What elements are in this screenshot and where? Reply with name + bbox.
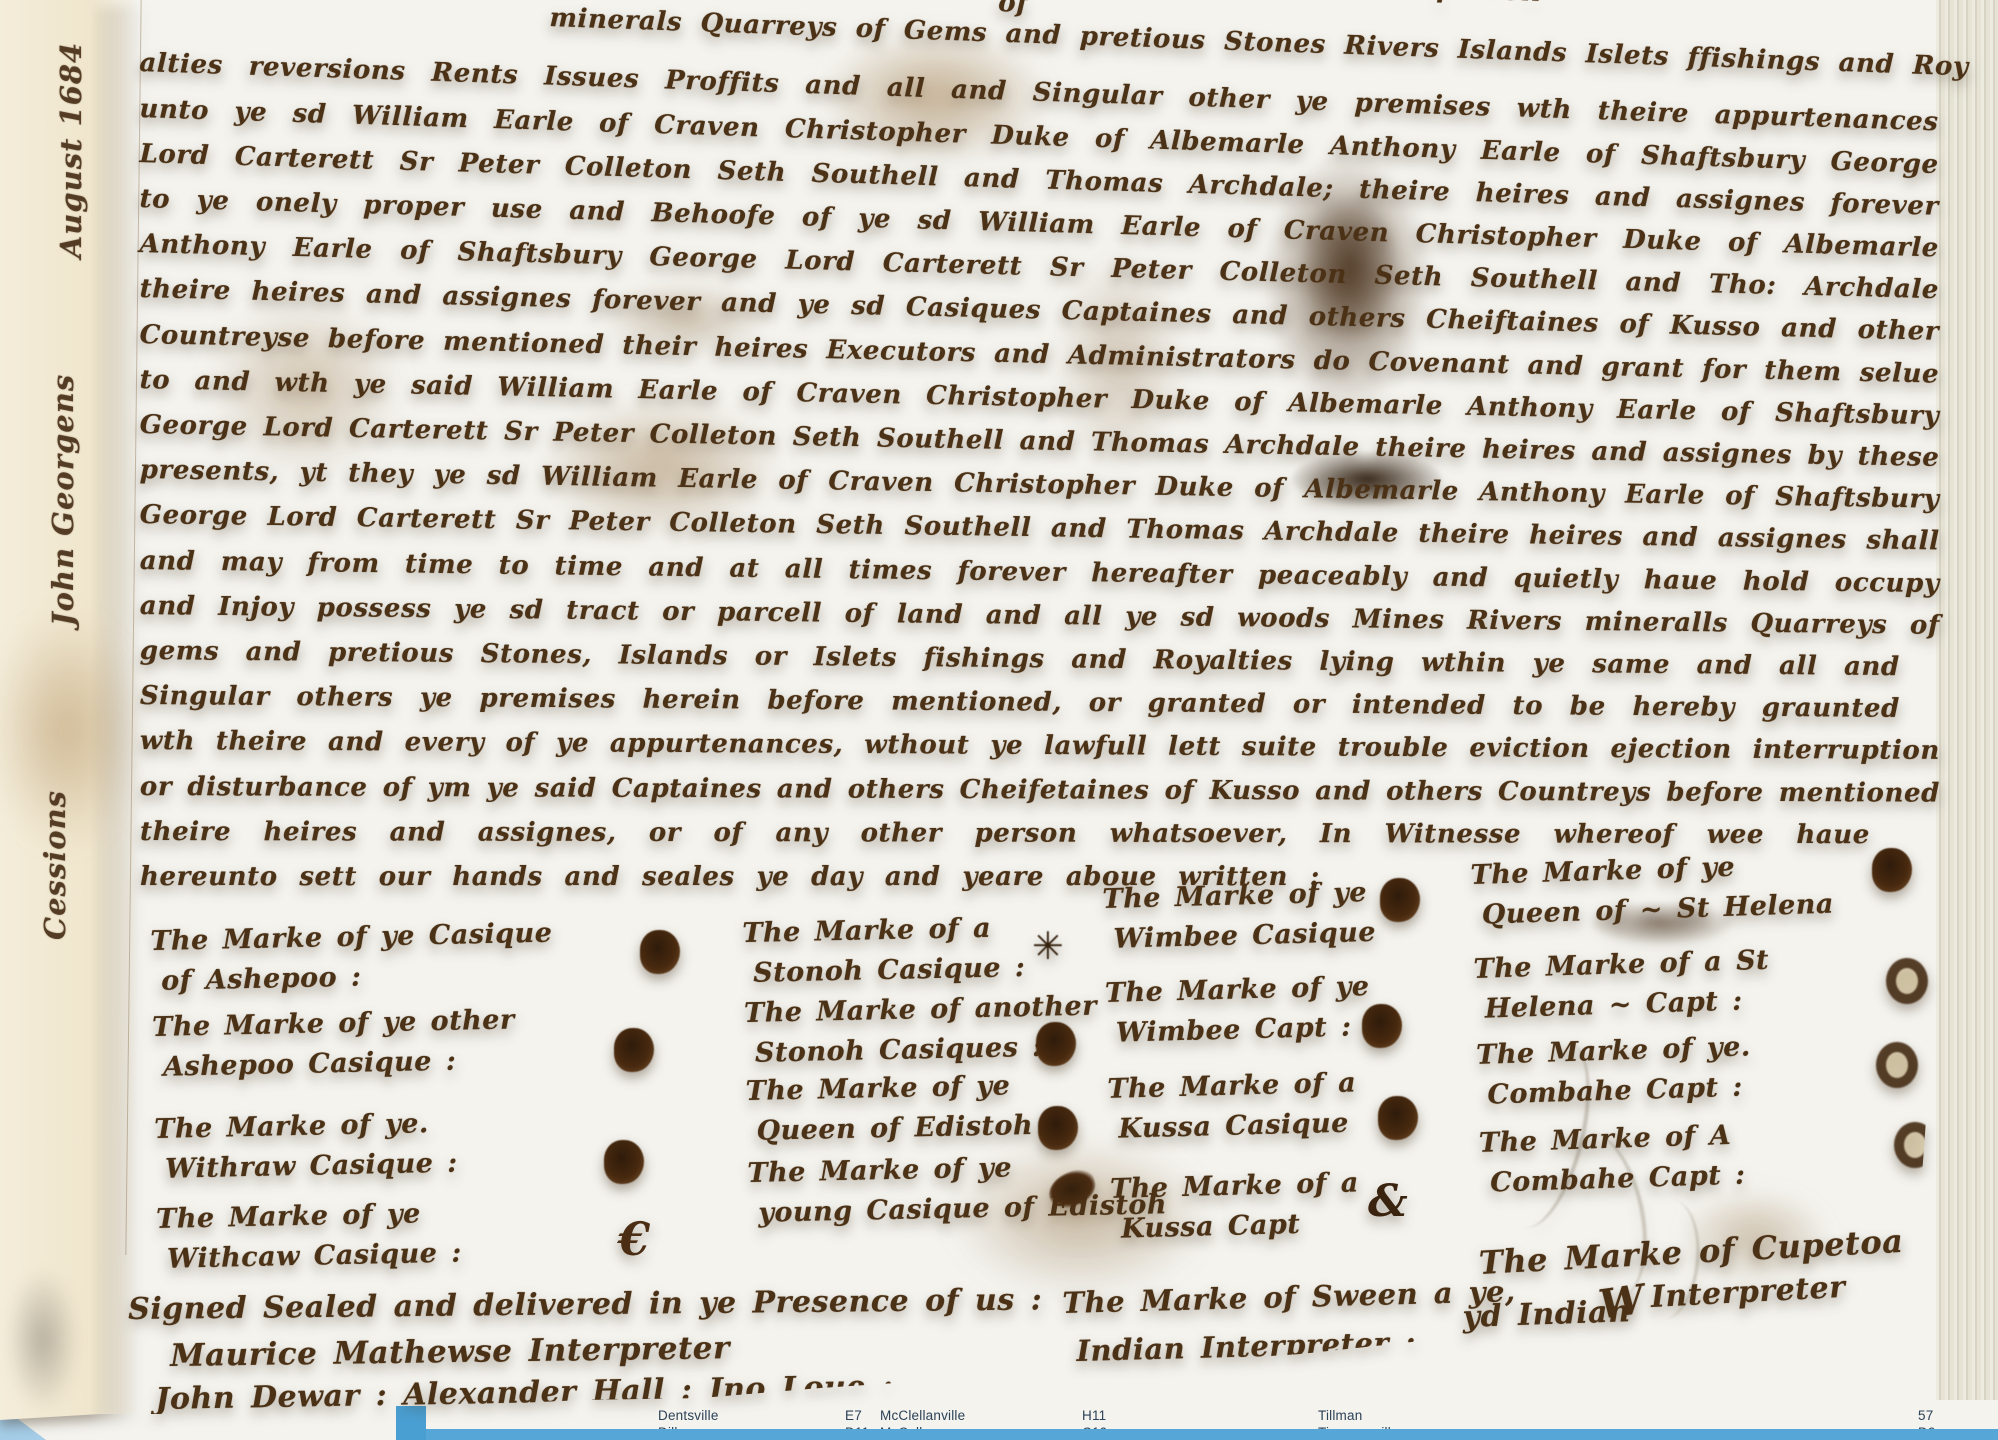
- seal-mark: [604, 1140, 644, 1184]
- mark-entry-line: Helena ~ Capt :: [1474, 981, 1771, 1030]
- mark-entry-line: young Casique of Edistoh: [748, 1185, 1168, 1234]
- parchment-wrap: August 1684John GeorgensCessions and to …: [0, 0, 1998, 1440]
- mark-entry-line: The Marke of ye.: [154, 1104, 457, 1150]
- mark-entry-line: The Marke of ye Casique: [150, 914, 553, 962]
- manuscript-line: and Injoy possess ye sd tract or parcell…: [140, 591, 1940, 641]
- mark-entry-line: Ashepoo Casique :: [153, 1040, 516, 1088]
- mark-entry-line: The Marke of a: [1107, 1063, 1357, 1109]
- mark-entry-line: The Marke of ye: [1104, 967, 1375, 1014]
- mark-entry-line: Withraw Casique :: [155, 1144, 458, 1190]
- seal-mark: €: [618, 1212, 650, 1266]
- manuscript-line: gems and pretious Stones, Islands or Isl…: [140, 636, 1900, 682]
- manuscript-line: wth theire and every of ye appurtenances…: [140, 726, 1940, 766]
- seal-mark: [1948, 676, 1974, 706]
- mark-entry: The Marke of ye Casiqueof Ashepoo :: [150, 914, 554, 1002]
- mark-entry-line: The Marke of ye: [156, 1194, 462, 1240]
- mark-entry-line: Combahe Capt :: [1480, 1156, 1746, 1204]
- mark-entry-line: Withcaw Casique :: [157, 1234, 463, 1280]
- witness-names: John Dewar : Alexander Hall : Jno Loue :: [155, 1369, 894, 1417]
- mark-entry-line: Combahe Capt :: [1477, 1067, 1753, 1116]
- seal-mark: [640, 930, 680, 974]
- mark-entry: The Marke of yeWithcaw Casique :: [156, 1194, 462, 1280]
- seal-mark: ✳: [1032, 924, 1064, 968]
- manuscript-line: or disturbance of ym ye said Captaines a…: [140, 772, 1940, 809]
- mark-entry-line: Stonoh Casique :: [743, 948, 1026, 994]
- photo-of-1684-indian-cession-deed: { "palette":{"paper":"#e6d3ac","ink":"#4…: [0, 0, 1998, 1440]
- cupeto-mark: W: [1596, 1276, 1648, 1329]
- parchment: August 1684John GeorgensCessions and to …: [0, 0, 1998, 1440]
- signed-line: Signed Sealed and delivered in ye Presen…: [128, 1282, 1042, 1327]
- mark-entry: The Marke of yeyoung Casique of Edistoh: [747, 1145, 1167, 1234]
- mark-entry: The Marke of aKussa Capt: [1110, 1163, 1361, 1249]
- mark-entry: The Marke of yeQueen of Edistoh :: [745, 1065, 1058, 1151]
- marginalia-text: August 1684: [54, 0, 94, 300]
- mark-entry: The Marke of a StHelena ~ Capt :: [1473, 941, 1771, 1030]
- manuscript-line: Singular others ye premises herein befor…: [140, 681, 1900, 724]
- manuscript-body-text: and to hold, ye sd tract or parcell ofmi…: [140, 0, 1970, 958]
- mark-entry: The Marke of aKussa Casique: [1107, 1063, 1358, 1149]
- maurice-mathewes: Maurice Mathewse Interpreter: [170, 1330, 730, 1374]
- mark-entry: The Marke of aStonoh Casique :: [742, 908, 1026, 994]
- mark-entry: The Marke of ye.Withraw Casique :: [154, 1104, 458, 1190]
- mark-entry: The Marke of yeQueen of ~ St Helena: [1470, 845, 1835, 936]
- seal-mark: [1876, 1042, 1918, 1088]
- mark-entry-line: Queen of Edistoh :: [746, 1105, 1058, 1152]
- seal-mark: [1362, 1004, 1402, 1048]
- seal-mark: [1038, 1106, 1078, 1150]
- mark-entry: The Marke of ye.Combahe Capt :: [1476, 1027, 1753, 1116]
- seal-mark: [1886, 958, 1928, 1004]
- mark-entry-line: of Ashepoo :: [151, 954, 554, 1002]
- seal-mark: &: [1368, 1176, 1408, 1227]
- sween-line-2: Indian Interpreter :: [1076, 1325, 1416, 1368]
- mark-entry: The Marke of yeWimbee Capt : :: [1104, 967, 1376, 1054]
- seal-mark: [1378, 1096, 1418, 1140]
- marginalia-text: John Georgens: [46, 350, 86, 650]
- mark-entry-line: Kussa Capt: [1111, 1203, 1361, 1249]
- manuscript-line: and may from time to time and at all tim…: [140, 546, 1940, 599]
- mark-entry: The Marke of yeWimbee Casique: [1102, 873, 1376, 960]
- mark-entry: The Marke of ACombahe Capt :: [1478, 1116, 1746, 1204]
- sween-line-1: The Marke of Sween a ye,: [1062, 1274, 1516, 1320]
- seal-mark: [614, 1028, 654, 1072]
- mark-entry-line: Kussa Casique: [1108, 1103, 1358, 1149]
- mark-entry: The Marke of ye otherAshepoo Casique :: [152, 1000, 516, 1088]
- mark-entry-line: The Marke of a: [1110, 1163, 1360, 1209]
- manuscript-line: theire heires and assignes, or of any ot…: [140, 817, 1870, 850]
- marginalia-text: Cessions: [38, 715, 78, 1015]
- mark-entry-line: Wimbee Casique: [1103, 913, 1376, 960]
- mark-entry-line: The Marke of ye: [745, 1065, 1057, 1112]
- mark-entry-line: Wimbee Capt : :: [1106, 1007, 1377, 1054]
- cupeto-line-3: Interpreter: [1650, 1270, 1846, 1315]
- seal-mark: [1894, 1122, 1936, 1168]
- mark-entry-line: The Marke of a: [742, 908, 1025, 954]
- mark-entry-line: The Marke of ye other: [152, 1000, 515, 1048]
